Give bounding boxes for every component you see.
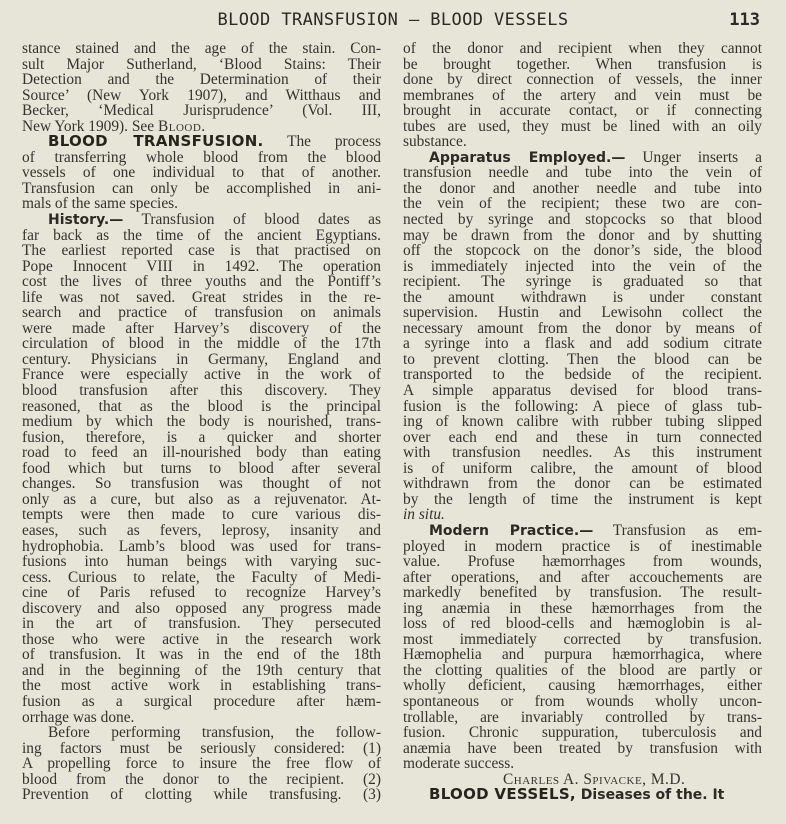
text-run: most immediately corrected by transfusio… [403,631,762,648]
text-run: done by direct connection of vessels, th… [403,71,762,88]
text-run: were made after Harvey’s discovery of th… [22,320,381,337]
text-line: were made after Harvey’s discovery of th… [22,321,381,337]
text-line: only as a cure, but also as a rejuvenato… [22,492,381,508]
text-line: mals of the same species. [22,196,381,212]
text-run: Unger inserts a [625,149,762,166]
text-run: far back as the time of the ancient Egyp… [22,227,381,244]
text-line: A propelling force to insure the free fl… [22,756,381,772]
text-line: ing factors must be seriously considered… [22,741,381,757]
text-run: transfusion needle and tube into the vei… [403,164,762,181]
text-line: with transfusion needles. As this instru… [403,445,762,461]
text-run: the vein of the recipient; these two are… [403,195,762,212]
text-line: Detection and the Determination of their [22,72,381,88]
text-run: nected by syringe and stopcocks so that … [403,211,762,228]
text-line: orrhage was done. [22,710,381,726]
text-line: changes. So transfusion was thought of n… [22,476,381,492]
text-line: to prevent clotting. Then the blood can … [403,352,762,368]
text-line: reasoned, that as the blood is the princ… [22,399,381,415]
text-line: off the stopcock on the donor’s side, th… [403,243,762,259]
text-line: fusion. Chronic suppuration, tuberculosi… [403,725,762,741]
text-run: Hæmophelia and purpura hæmorrhagica, whe… [403,646,762,663]
text-line: trollable, are invariably controlled by … [403,710,762,726]
text-run: the donor and another needle and tube in… [403,180,762,197]
text-line: anæmia have been treated by transfusion … [403,741,762,757]
text-run: medium by which the body is nourished, t… [22,413,381,430]
text-run: markedly benefited by transfusion. The r… [403,584,762,601]
text-run: brought in accurate contact, or if conne… [403,102,762,119]
text-line: substance. [403,134,762,150]
text-run: of the donor and recipient when they can… [403,40,762,57]
text-line: blood transfusion after this discovery. … [22,383,381,399]
text-line: Hæmophelia and purpura hæmorrhagica, whe… [403,647,762,663]
text-run: Diseases of the. It [576,787,724,803]
text-line: A simple apparatus devised for blood tra… [403,383,762,399]
text-run: is immediately injected into the vein of… [403,258,762,275]
text-line: far back as the time of the ancient Egyp… [22,228,381,244]
text-line: Before performing transfusion, the follo… [22,725,381,741]
text-run: loss of red blood-cells and hæmoglobin i… [403,615,762,632]
text-line: stance stained and the age of the stain.… [22,41,381,57]
section-heading-line: History.— Transfusion of blood dates as [22,212,381,228]
text-run: Transfusion can only be accomplished in … [22,180,381,197]
text-run: membranes of the artery and vein must be [403,87,762,104]
text-run: cine of Paris refused to recognize Harve… [22,584,381,601]
text-run: cess. Curious to relate, the Faculty of … [22,569,381,586]
text-run: changes. So transfusion was thought of n… [22,475,381,492]
text-run: stance stained and the age of the stain.… [22,40,381,57]
text-line: by the length of time the instrument is … [403,492,762,508]
text-line: of the donor and recipient when they can… [403,41,762,57]
text-run: is of uniform calibre, the amount of blo… [403,460,762,477]
entry-heading-line: BLOOD TRANSFUSION. The process [22,134,381,150]
text-run: France were especially active in the wor… [22,366,381,383]
text-line: necessary amount from the donor by means… [403,321,762,337]
text-line: tubes are used, they must be lined with … [403,119,762,135]
text-line: France were especially active in the wor… [22,367,381,383]
text-run: life was not saved. Great strides in the… [22,289,381,306]
book-page: BLOOD TRANSFUSION — BLOOD VESSELS 113 st… [0,0,786,824]
text-line: over each end and these in turn connecte… [403,430,762,446]
text-run: Pope Innocent VIII in 1492. The operatio… [22,258,381,275]
text-run: tempts were then made to cure various di… [22,506,381,523]
text-line: may be drawn from the donor and by shutt… [403,228,762,244]
text-run: Before performing transfusion, the follo… [48,724,381,741]
entry-headword: BLOOD VESSELS, [429,785,576,803]
text-line: supervision. Hustin and Lewisohn collect… [403,305,762,321]
text-run: wholly deficient, causing hæmorrhages, e… [403,677,762,694]
text-run: The earliest reported case is that pract… [22,242,381,259]
page-number: 113 [729,10,760,30]
text-line: vessels of one individual to that of ano… [22,165,381,181]
text-run: be brought together. When transfusion is [403,56,762,73]
text-line: the clotting qualities of the blood are … [403,663,762,679]
text-line: food which but turns to blood after seve… [22,461,381,477]
text-run: with transfusion needles. As this instru… [403,444,762,461]
text-line: cost the lives of three youths and the P… [22,274,381,290]
text-run: Detection and the Determination of their [22,71,381,88]
text-run: ployed in modern practice is of inestima… [403,538,762,555]
text-line: ing anæmia in these hæmorrhages from the [403,601,762,617]
text-run: the most active work in establishing tra… [22,677,381,694]
text-line: fusion is the following: A piece of glas… [403,399,762,415]
text-line: wholly deficient, causing hæmorrhages, e… [403,678,762,694]
text-line: The earliest reported case is that pract… [22,243,381,259]
text-line: those who were active in the research wo… [22,632,381,648]
text-run: mals of the same species. [22,195,178,212]
text-run: may be drawn from the donor and by shutt… [403,227,762,244]
text-line: eases, such as fevers, leprosy, insanity… [22,523,381,539]
text-line: after operations, and after accouchement… [403,570,762,586]
text-run: over each end and these in turn connecte… [403,429,762,446]
text-run: hydrophobia. Lamb’s blood was used for t… [22,538,381,555]
entry-heading-line: BLOOD VESSELS, Diseases of the. It [403,787,762,803]
text-line: the most active work in establishing tra… [22,678,381,694]
text-run: withdrawn from the donor can be estimate… [403,475,762,492]
text-line: search and practice of transfusion on an… [22,305,381,321]
text-line: life was not saved. Great strides in the… [22,290,381,306]
text-line: value. Profuse hæmorrhages from wounds, [403,554,762,570]
text-run: of transferring whole blood from the blo… [22,149,381,166]
text-run: the clotting qualities of the blood are … [403,662,762,679]
text-run: by the length of time the instrument is … [403,491,762,508]
text-run: century. Physicians in Germany, England … [22,351,381,368]
text-run: necessary amount from the donor by means… [403,320,762,337]
text-line: Pope Innocent VIII in 1492. The operatio… [22,259,381,275]
text-run: Becker, ‘Medical Jurisprudence’ (Vol. II… [22,102,381,119]
text-line: loss of red blood-cells and hæmoglobin i… [403,616,762,632]
text-line: nected by syringe and stopcocks so that … [403,212,762,228]
text-line: tempts were then made to cure various di… [22,507,381,523]
text-line: medium by which the body is nourished, t… [22,414,381,430]
text-run: those who were active in the research wo… [22,631,381,648]
text-run: to prevent clotting. Then the blood can … [403,351,762,368]
section-heading-line: Apparatus Employed.— Unger inserts a [403,150,762,166]
text-run: The process [264,133,381,150]
section-heading-line: Modern Practice.— Transfusion as em- [403,523,762,539]
text-line: recipient. The syringe is graduated so t… [403,274,762,290]
text-run: off the stopcock on the donor’s side, th… [403,242,762,259]
text-line: circulation of blood in the middle of th… [22,336,381,352]
text-run: fusion. Chronic suppuration, tuberculosi… [403,724,762,741]
text-line: discovery and also opposed any progress … [22,601,381,617]
text-run: value. Profuse hæmorrhages from wounds, [403,553,762,570]
text-line: transfusion needle and tube into the vei… [403,165,762,181]
text-run: the amount withdrawn is under constant [403,289,762,306]
text-line: spontaneous or from wounds wholly uncon- [403,694,762,710]
text-line: in the art of transfusion. They persecut… [22,616,381,632]
text-run: fusions into human beings with varying s… [22,553,381,570]
left-column: stance stained and the age of the stain.… [22,41,381,803]
text-run: transported to the bedside of the recipi… [403,366,762,383]
text-line: Becker, ‘Medical Jurisprudence’ (Vol. II… [22,103,381,119]
text-run: reasoned, that as the blood is the princ… [22,398,381,415]
text-run: tubes are used, they must be lined with … [403,118,762,135]
text-run: Transfusion as em- [593,522,762,539]
text-line: hydrophobia. Lamb’s blood was used for t… [22,539,381,555]
text-run: moderate success. [403,755,514,772]
text-run: a syringe into a flask and add sodium ci… [403,335,762,352]
text-run: recipient. The syringe is graduated so t… [403,273,762,290]
text-run: fusion as a surgical procedure after hæm… [22,693,381,710]
running-title: BLOOD TRANSFUSION — BLOOD VESSELS [0,10,786,30]
text-run: substance. [403,133,467,150]
text-run: anæmia have been treated by transfusion … [403,740,762,757]
text-run: Prevention of clotting while transfusing… [22,786,381,803]
entry-headword: BLOOD TRANSFUSION. [48,132,264,150]
text-line: is immediately injected into the vein of… [403,259,762,275]
text-line: of transfusion. It was in the end of the… [22,647,381,663]
text-line: be brought together. When transfusion is [403,57,762,73]
text-line: fusion, therefore, is a quicker and shor… [22,430,381,446]
text-run: discovery and also opposed any progress … [22,600,381,617]
text-line: fusions into human beings with varying s… [22,554,381,570]
text-run: blood transfusion after this discovery. … [22,382,381,399]
text-run: Transfusion of blood dates as [123,211,381,228]
text-run: orrhage was done. [22,709,134,726]
running-head: BLOOD TRANSFUSION — BLOOD VESSELS 113 [0,10,786,32]
text-line: and in the beginning of the 19th century… [22,663,381,679]
text-line: withdrawn from the donor can be estimate… [403,476,762,492]
text-line: transported to the bedside of the recipi… [403,367,762,383]
text-line: ing of known calibre with rubber tubing … [403,414,762,430]
text-run: of transfusion. It was in the end of the… [22,646,381,663]
right-column: of the donor and recipient when they can… [403,41,762,803]
text-run: ing anæmia in these hæmorrhages from the [403,600,762,617]
text-line: in situ. [403,507,762,523]
text-run: only as a cure, but also as a rejuvenato… [22,491,381,508]
text-line: done by direct connection of vessels, th… [403,72,762,88]
text-run: fusion, therefore, is a quicker and shor… [22,429,381,446]
text-run: and in the beginning of the 19th century… [22,662,381,679]
text-run: search and practice of transfusion on an… [22,304,381,321]
text-line: cess. Curious to relate, the Faculty of … [22,570,381,586]
text-line: brought in accurate contact, or if conne… [403,103,762,119]
text-line: ployed in modern practice is of inestima… [403,539,762,555]
text-run: A propelling force to insure the free fl… [22,755,381,772]
text-line: blood from the donor to the recipient. (… [22,772,381,788]
text-run: after operations, and after accouchement… [403,569,762,586]
text-line: cine of Paris refused to recognize Harve… [22,585,381,601]
text-run: road to feed an ill-nourished body than … [22,444,381,461]
text-run: eases, such as fevers, leprosy, insanity… [22,522,381,539]
text-line: sult Major Sutherland, ‘Blood Stains: Th… [22,57,381,73]
latin-phrase: in situ. [403,506,445,523]
text-run: spontaneous or from wounds wholly uncon- [403,693,762,710]
text-run: A simple apparatus devised for blood tra… [403,382,762,399]
text-line: Prevention of clotting while transfusing… [22,787,381,803]
text-line: fusion as a surgical procedure after hæm… [22,694,381,710]
text-line: Source’ (New York 1907), and Witthaus an… [22,88,381,104]
text-line: the amount withdrawn is under constant [403,290,762,306]
text-line: membranes of the artery and vein must be [403,88,762,104]
text-line: a syringe into a flask and add sodium ci… [403,336,762,352]
text-run: food which but turns to blood after seve… [22,460,381,477]
text-run: trollable, are invariably controlled by … [403,709,762,726]
text-run: cost the lives of three youths and the P… [22,273,381,290]
text-run: supervision. Hustin and Lewisohn collect… [403,304,762,321]
text-run: fusion is the following: A piece of glas… [403,398,762,415]
text-run: sult Major Sutherland, ‘Blood Stains: Th… [22,56,381,73]
text-run: Source’ (New York 1907), and Witthaus an… [22,87,381,104]
text-run: ing factors must be seriously considered… [22,740,381,757]
text-line: is of uniform calibre, the amount of blo… [403,461,762,477]
text-run: blood from the donor to the recipient. (… [22,771,381,788]
text-line: moderate success. [403,756,762,772]
text-run: in the art of transfusion. They persecut… [22,615,381,632]
text-line: century. Physicians in Germany, England … [22,352,381,368]
text-line: of transferring whole blood from the blo… [22,150,381,166]
text-line: markedly benefited by transfusion. The r… [403,585,762,601]
text-line: road to feed an ill-nourished body than … [22,445,381,461]
text-line: Transfusion can only be accomplished in … [22,181,381,197]
text-line: most immediately corrected by transfusio… [403,632,762,648]
text-line: the donor and another needle and tube in… [403,181,762,197]
text-run: circulation of blood in the middle of th… [22,335,381,352]
text-run: ing of known calibre with rubber tubing … [403,413,762,430]
text-line: the vein of the recipient; these two are… [403,196,762,212]
text-run: vessels of one individual to that of ano… [22,164,381,181]
